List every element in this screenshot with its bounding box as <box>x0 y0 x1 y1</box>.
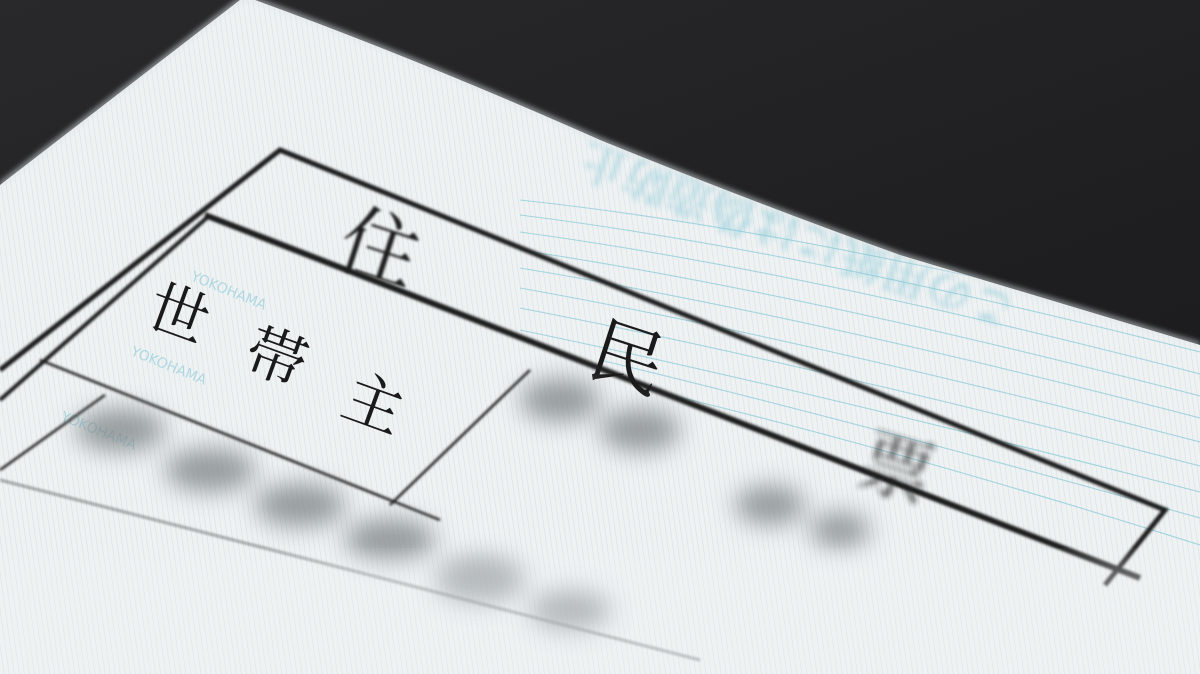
photo-scene: この用紙には偽造防止 YOKOHAMA YOKOHAMA YOKOHAMA 住 <box>0 0 1200 674</box>
document-paper: この用紙には偽造防止 YOKOHAMA YOKOHAMA YOKOHAMA 住 <box>0 0 1200 674</box>
